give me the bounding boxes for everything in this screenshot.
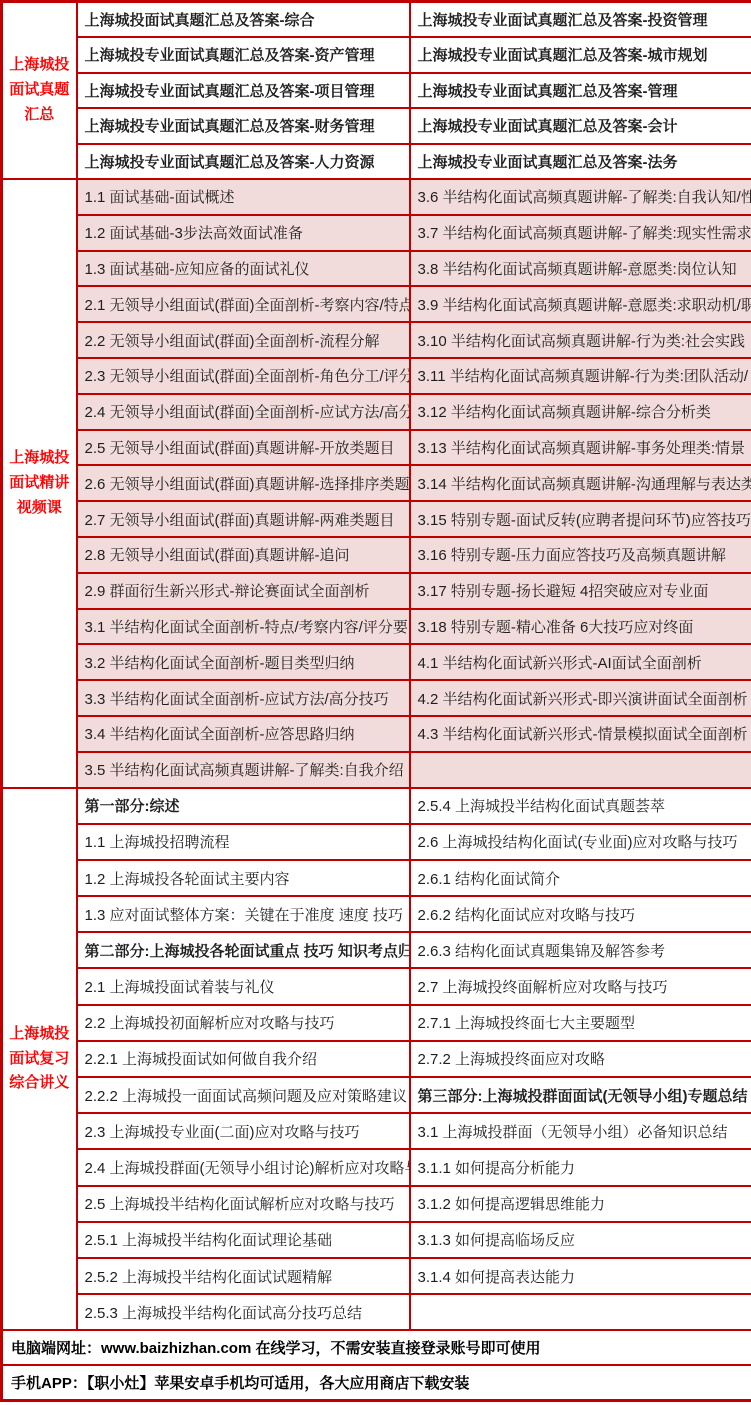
course-cell: 3.16 特别专题-压力面应答技巧及高频真题讲解 [410,537,751,573]
course-cell: 1.1 上海城投招聘流程 [77,824,410,860]
course-cell: 4.2 半结构化面试新兴形式-即兴演讲面试全面剖析 [410,680,751,716]
course-cell: 第三部分:上海城投群面面试(无领导小组)专题总结 [410,1077,751,1113]
course-cell: 2.6 上海城投结构化面试(专业面)应对攻略与技巧 [410,824,751,860]
course-cell: 2.6.3 结构化面试真题集锦及解答参考 [410,932,751,968]
course-cell: 2.3 无领导小组面试(群面)全面剖析-角色分工/评分 [77,358,410,394]
course-cell: 上海城投专业面试真题汇总及答案-投资管理 [410,2,751,38]
course-cell: 3.7 半结构化面试高频真题讲解-了解类:现实性需求 [410,215,751,251]
course-cell: 3.1 半结构化面试全面剖析-特点/考察内容/评分要 [77,609,410,645]
course-cell: 2.2 上海城投初面解析应对攻略与技巧 [77,1005,410,1041]
course-cell: 3.8 半结构化面试高频真题讲解-意愿类:岗位认知 [410,251,751,287]
course-cell: 3.1 上海城投群面（无领导小组）必备知识总结 [410,1113,751,1149]
course-cell: 3.9 半结构化面试高频真题讲解-意愿类:求职动机/职 [410,286,751,322]
course-cell: 上海城投专业面试真题汇总及答案-人力资源 [77,144,410,180]
course-cell: 1.3 面试基础-应知应备的面试礼仪 [77,251,410,287]
course-cell: 4.3 半结构化面试新兴形式-情景模拟面试全面剖析 [410,716,751,752]
course-cell: 2.5.3 上海城投半结构化面试高分技巧总结 [77,1294,410,1330]
course-catalog-table: 上海城投面试真题汇总上海城投面试真题汇总及答案-综合上海城投专业面试真题汇总及答… [0,0,751,1402]
course-cell: 3.10 半结构化面试高频真题讲解-行为类:社会实践 [410,322,751,358]
course-cell: 3.14 半结构化面试高频真题讲解-沟通理解与表达类 [410,465,751,501]
course-cell [410,752,751,788]
course-cell: 2.6.1 结构化面试简介 [410,860,751,896]
course-cell: 第一部分:综述 [77,788,410,824]
course-cell [410,1294,751,1330]
course-cell: 2.2 无领导小组面试(群面)全面剖析-流程分解 [77,322,410,358]
course-cell: 3.6 半结构化面试高频真题讲解-了解类:自我认知/性 [410,179,751,215]
course-cell: 2.5.4 上海城投半结构化面试真题荟萃 [410,788,751,824]
course-cell: 2.1 上海城投面试着装与礼仪 [77,968,410,1004]
course-cell: 上海城投专业面试真题汇总及答案-法务 [410,144,751,180]
course-cell: 3.4 半结构化面试全面剖析-应答思路归纳 [77,716,410,752]
course-cell: 3.3 半结构化面试全面剖析-应试方法/高分技巧 [77,680,410,716]
course-cell: 上海城投专业面试真题汇总及答案-财务管理 [77,108,410,144]
course-cell: 上海城投专业面试真题汇总及答案-资产管理 [77,37,410,73]
course-cell: 1.2 面试基础-3步法高效面试准备 [77,215,410,251]
course-cell: 2.8 无领导小组面试(群面)真题讲解-追问 [77,537,410,573]
course-cell: 3.1.4 如何提高表达能力 [410,1258,751,1294]
course-cell: 2.4 无领导小组面试(群面)全面剖析-应试方法/高分 [77,394,410,430]
course-cell: 3.1.3 如何提高临场反应 [410,1222,751,1258]
course-cell: 3.1.2 如何提高逻辑思维能力 [410,1186,751,1222]
course-cell: 1.1 面试基础-面试概述 [77,179,410,215]
course-cell: 1.2 上海城投各轮面试主要内容 [77,860,410,896]
course-cell: 3.12 半结构化面试高频真题讲解-综合分析类 [410,394,751,430]
course-cell: 2.6 无领导小组面试(群面)真题讲解-选择排序类题目 [77,465,410,501]
course-cell: 2.7.1 上海城投终面七大主要题型 [410,1005,751,1041]
course-cell: 2.7.2 上海城投终面应对攻略 [410,1041,751,1077]
course-cell: 上海城投专业面试真题汇总及答案-项目管理 [77,73,410,109]
course-cell: 2.3 上海城投专业面(二面)应对攻略与技巧 [77,1113,410,1149]
course-cell: 4.1 半结构化面试新兴形式-AI面试全面剖析 [410,644,751,680]
course-cell: 2.5 上海城投半结构化面试解析应对攻略与技巧 [77,1186,410,1222]
course-cell: 2.4 上海城投群面(无领导小组讨论)解析应对攻略与 [77,1149,410,1185]
course-cell: 3.1.1 如何提高分析能力 [410,1149,751,1185]
section-header: 上海城投面试真题汇总 [2,2,77,180]
course-cell: 第二部分:上海城投各轮面试重点 技巧 知识考点归 [77,932,410,968]
course-cell: 2.2.2 上海城投一面面试高频问题及应对策略建议 [77,1077,410,1113]
footer-note: 电脑端网址：www.baizhizhan.com 在线学习，不需安装直接登录账号… [2,1330,751,1365]
course-cell: 3.15 特别专题-面试反转(应聘者提问环节)应答技巧 [410,501,751,537]
course-cell: 上海城投面试真题汇总及答案-综合 [77,2,410,38]
section-header: 上海城投面试复习综合讲义 [2,788,77,1331]
course-cell: 3.5 半结构化面试高频真题讲解-了解类:自我介绍 [77,752,410,788]
footer-note: 手机APP：【职小灶】苹果安卓手机均可适用，各大应用商店下载安装 [2,1365,751,1400]
course-cell: 2.5 无领导小组面试(群面)真题讲解-开放类题目 [77,430,410,466]
course-cell: 3.13 半结构化面试高频真题讲解-事务处理类:情景 [410,430,751,466]
course-cell: 2.6.2 结构化面试应对攻略与技巧 [410,896,751,932]
course-cell: 上海城投专业面试真题汇总及答案-管理 [410,73,751,109]
course-cell: 上海城投专业面试真题汇总及答案-会计 [410,108,751,144]
course-cell: 3.18 特别专题-精心准备 6大技巧应对终面 [410,609,751,645]
section-header: 上海城投面试精讲视频课 [2,179,77,788]
course-cell: 2.7 无领导小组面试(群面)真题讲解-两难类题目 [77,501,410,537]
course-cell: 2.5.1 上海城投半结构化面试理论基础 [77,1222,410,1258]
course-cell: 2.1 无领导小组面试(群面)全面剖析-考察内容/特点 [77,286,410,322]
course-cell: 2.5.2 上海城投半结构化面试试题精解 [77,1258,410,1294]
course-cell: 2.9 群面衍生新兴形式-辩论赛面试全面剖析 [77,573,410,609]
course-cell: 2.2.1 上海城投面试如何做自我介绍 [77,1041,410,1077]
course-cell: 上海城投专业面试真题汇总及答案-城市规划 [410,37,751,73]
course-cell: 3.17 特别专题-扬长避短 4招突破应对专业面 [410,573,751,609]
course-cell: 3.11 半结构化面试高频真题讲解-行为类:团队活动/ [410,358,751,394]
course-cell: 1.3 应对面试整体方案：关键在于准度 速度 技巧 [77,896,410,932]
course-cell: 3.2 半结构化面试全面剖析-题目类型归纳 [77,644,410,680]
course-cell: 2.7 上海城投终面解析应对攻略与技巧 [410,968,751,1004]
